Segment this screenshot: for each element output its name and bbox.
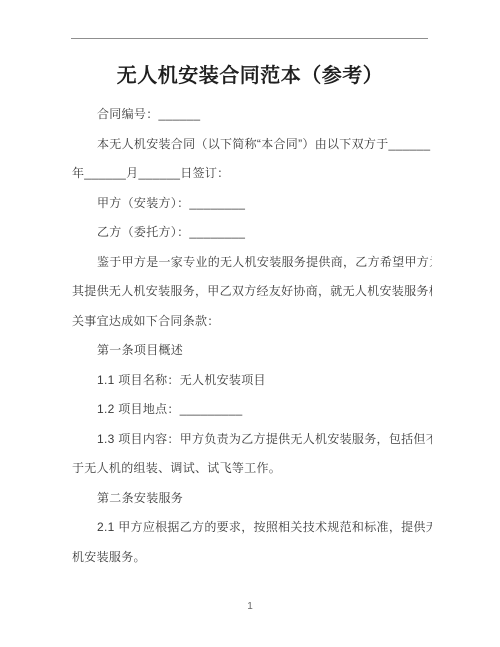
document-line-party-b: 乙方（委托方）：________ — [72, 218, 432, 248]
top-divider-line — [71, 38, 428, 39]
document-line-clause2-1b: 机安装服务。 — [72, 543, 432, 573]
document-line-clause1-2: 1.2 项目地点：_________ — [72, 395, 432, 425]
document-line-whereas-2: 其提供无人机安装服务，甲乙双方经友好协商，就无人机安装服务相 — [72, 277, 432, 307]
document-line-clause1-3a: 1.3 项目内容：甲方负责为乙方提供无人机安装服务，包括但不限 — [72, 425, 432, 455]
page-number: 1 — [0, 601, 500, 612]
document-title: 无人机安装合同范本（参考） — [0, 62, 500, 90]
document-line-party-a: 甲方（安装方）：________ — [72, 189, 432, 219]
document-line-clause1-heading: 第一条项目概述 — [72, 336, 432, 366]
document-line-preamble-1: 本无人机安装合同（以下简称“本合同”）由以下双方于______ — [72, 130, 432, 160]
document-body: 合同编号：______ 本无人机安装合同（以下简称“本合同”）由以下双方于___… — [72, 100, 432, 572]
document-line-clause1-3b: 于无人机的组装、调试、试飞等工作。 — [72, 454, 432, 484]
document-line-contract-number: 合同编号：______ — [72, 100, 432, 130]
document-line-preamble-2: 年______月______日签订： — [72, 159, 432, 189]
document-line-clause2-heading: 第二条安装服务 — [72, 484, 432, 514]
document-line-whereas-1: 鉴于甲方是一家专业的无人机安装服务提供商，乙方希望甲方为 — [72, 248, 432, 278]
document-line-clause2-1a: 2.1 甲方应根据乙方的要求，按照相关技术规范和标准，提供无人 — [72, 513, 432, 543]
document-page: 无人机安装合同范本（参考） 合同编号：______ 本无人机安装合同（以下简称“… — [0, 0, 500, 647]
document-line-clause1-1: 1.1 项目名称：无人机安装项目 — [72, 366, 432, 396]
document-line-whereas-3: 关事宜达成如下合同条款： — [72, 307, 432, 337]
